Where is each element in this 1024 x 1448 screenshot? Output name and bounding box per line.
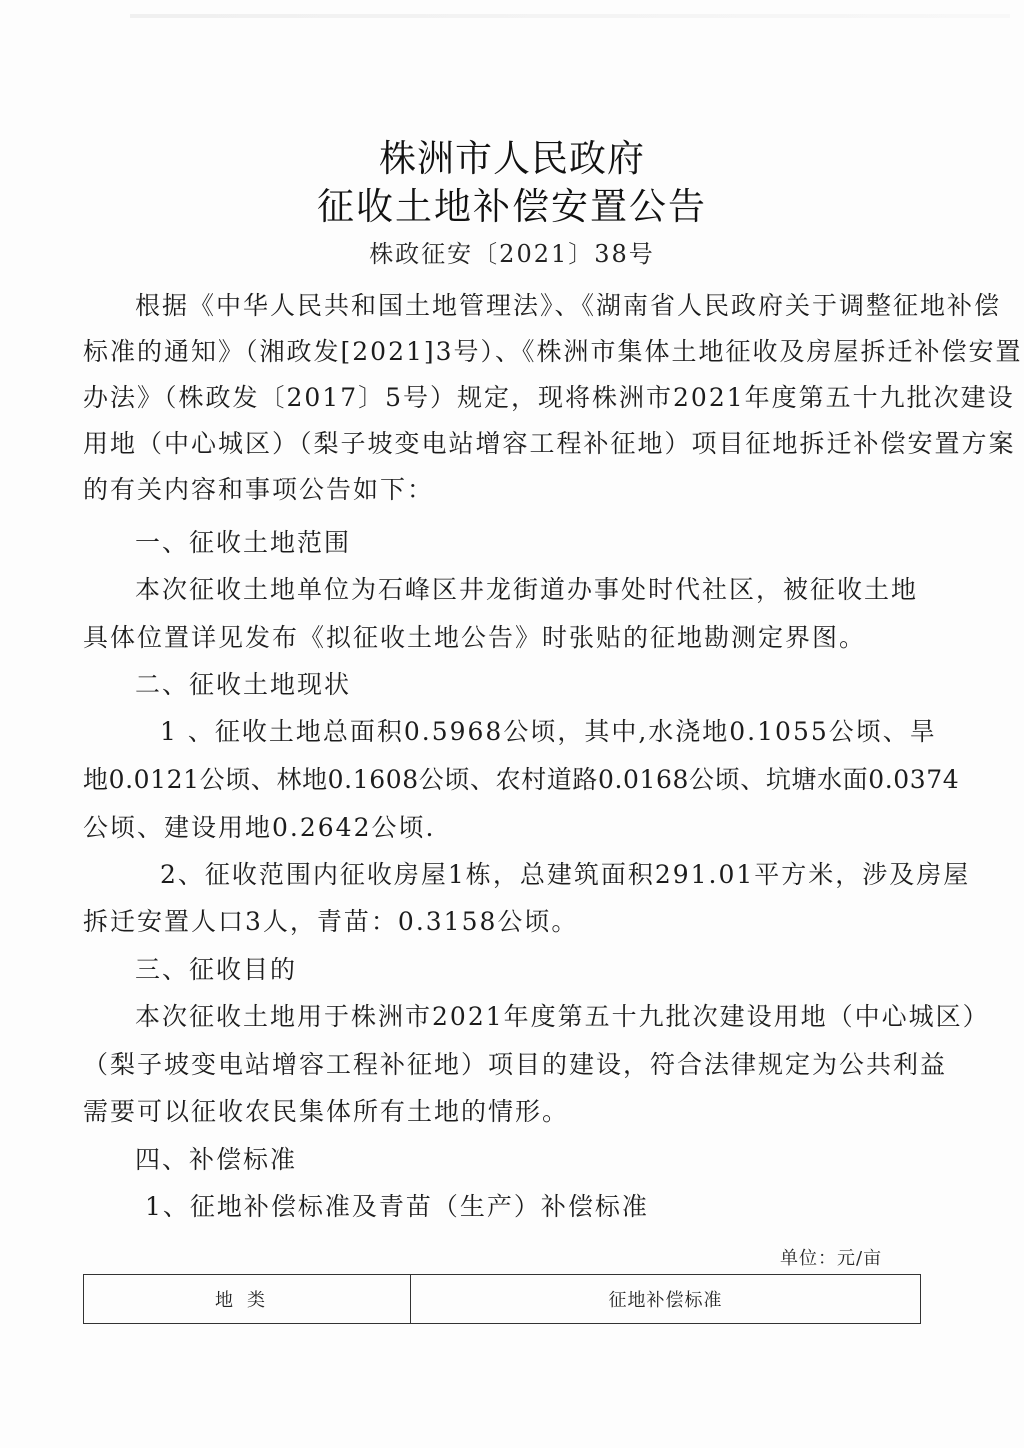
section-3-line-1: 本次征收土地用于株洲市2021年度第五十九批次建设用地（中心城区） — [135, 1001, 990, 1033]
section-1-heading: 一、征收土地范围 — [135, 527, 351, 559]
document-page: 株洲市人民政府 征收土地补偿安置公告 株政征安〔2021〕38号 根据《中华人民… — [0, 0, 1024, 1448]
section-4-subheading: 1、征地补偿标准及青苗（生产）补偿标准 — [145, 1191, 649, 1223]
table-unit-label: 单位：元/亩 — [780, 1244, 882, 1270]
document-title-line2: 征收土地补偿安置公告 — [0, 176, 1024, 230]
section-2-item-2-line-2: 拆迁安置人口3人，青苗：0.3158公顷。 — [83, 906, 578, 938]
table-header-land-type: 地类 — [84, 1275, 411, 1323]
section-2-item-1-line-1: 1 、征收土地总面积0.5968公顷，其中,水浇地0.1055公顷、旱 — [160, 716, 937, 748]
table-header-compensation-standard: 征地补偿标准 — [411, 1275, 920, 1323]
section-2-item-2-line-1: 2、征收范围内征收房屋1栋，总建筑面积291.01平方米，涉及房屋 — [160, 859, 970, 891]
document-number: 株政征安〔2021〕38号 — [0, 234, 1024, 269]
preamble-line-3: 办法》（株政发〔2017〕5号）规定，现将株洲市2021年度第五十九批次建设 — [83, 382, 1015, 414]
section-2-item-1-line-2: 地0.0121公顷、林地0.1608公顷、农村道路0.0168公顷、坑塘水面0.… — [83, 764, 959, 796]
preamble-line-1: 根据《中华人民共和国土地管理法》、《湖南省人民政府关于调整征地补偿 — [135, 290, 1001, 322]
section-2-item-1-line-3: 公顷、建设用地0.2642公顷. — [83, 812, 435, 844]
section-1-line-1: 本次征收土地单位为石峰区井龙街道办事处时代社区，被征收土地 — [135, 574, 918, 606]
preamble-line-5: 的有关内容和事项公告如下： — [83, 474, 434, 506]
section-3-heading: 三、征收目的 — [135, 954, 297, 986]
preamble-line-2: 标准的通知》（湘政发[2021]3号）、《株洲市集体土地征收及房屋拆迁补偿安置 — [83, 336, 1023, 368]
scan-artifact — [130, 14, 1010, 18]
section-3-line-3: 需要可以征收农民集体所有土地的情形。 — [83, 1096, 569, 1128]
document-title-line1: 株洲市人民政府 — [0, 128, 1024, 182]
section-3-line-2: （梨子坡变电站增容工程补征地）项目的建设，符合法律规定为公共利益 — [83, 1049, 947, 1081]
section-2-heading: 二、征收土地现状 — [135, 669, 351, 701]
section-1-line-2: 具体位置详见发布《拟征收土地公告》时张贴的征地勘测定界图。 — [83, 622, 866, 654]
preamble-line-4: 用地（中心城区）（梨子坡变电站增容工程补征地）项目征地拆迁补偿安置方案 — [83, 428, 1016, 460]
section-4-heading: 四、补偿标准 — [135, 1144, 297, 1176]
compensation-table: 地类 征地补偿标准 — [83, 1274, 921, 1324]
